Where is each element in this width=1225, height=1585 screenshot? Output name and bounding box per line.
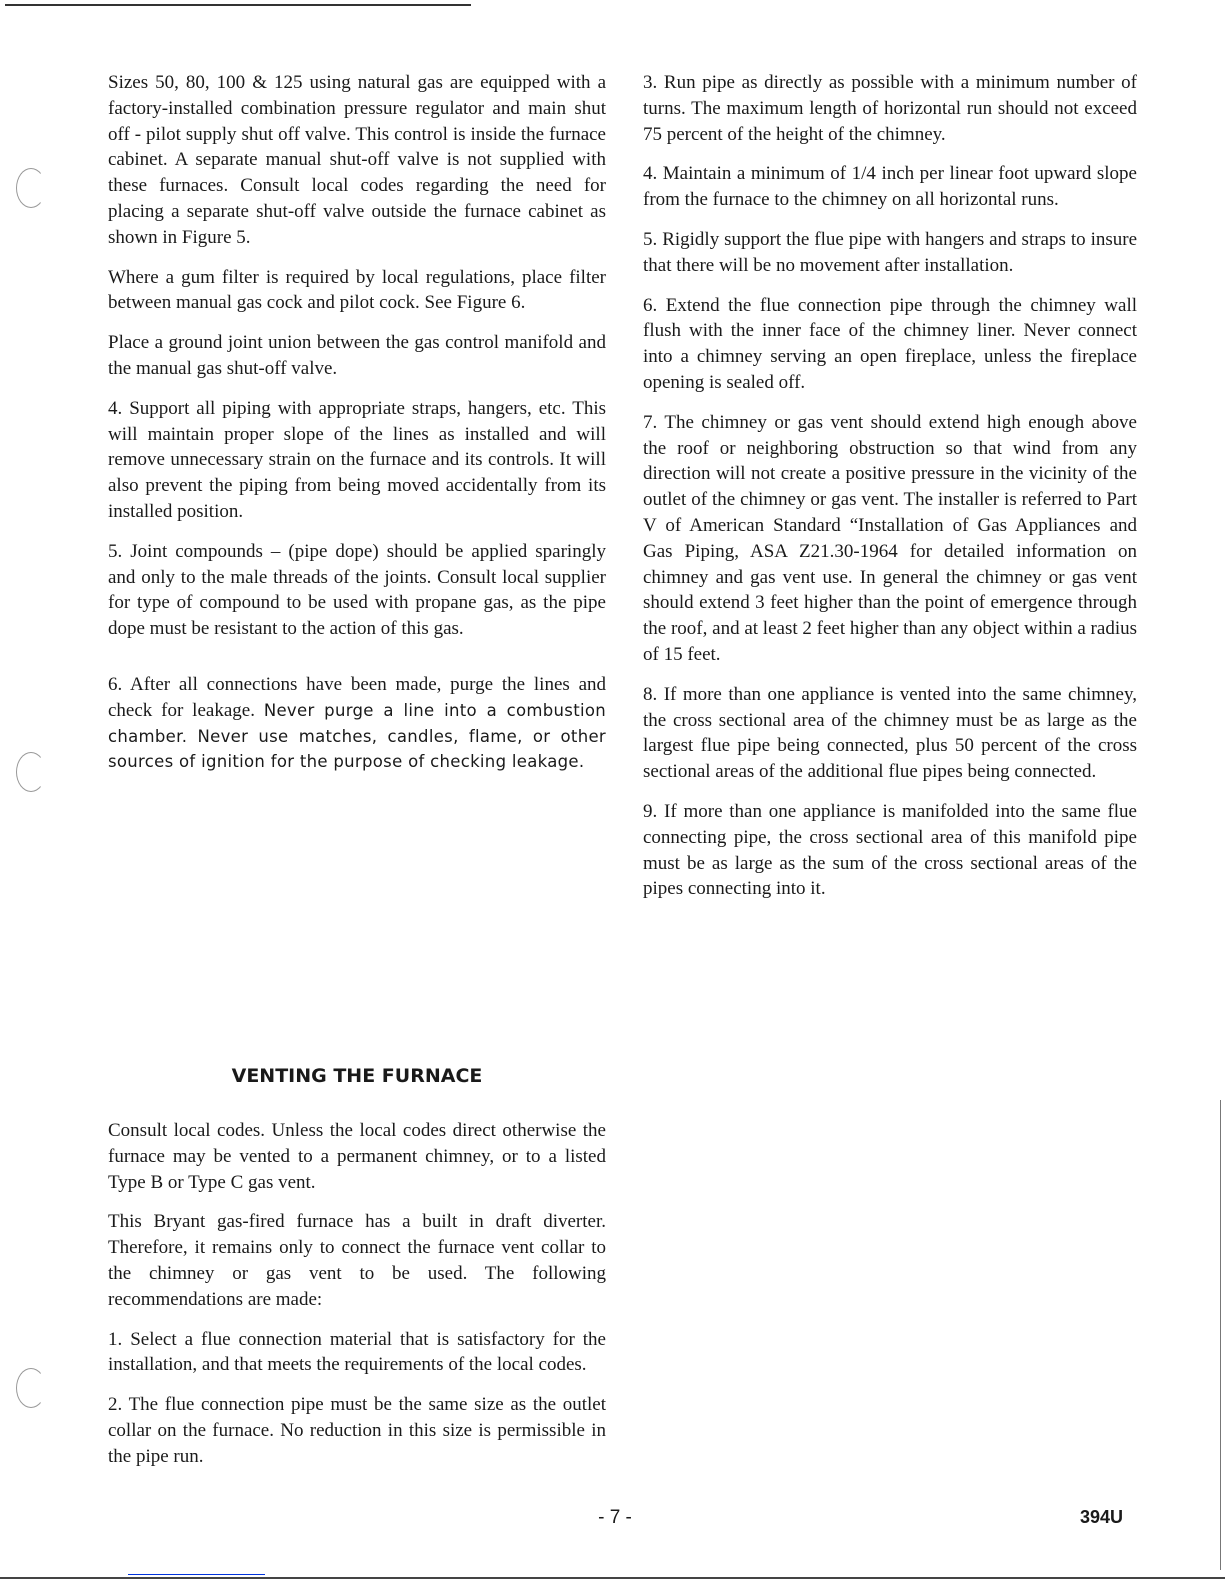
top-rule — [5, 4, 471, 6]
item-extend-flue: 6. Extend the flue connection pipe throu… — [643, 293, 1137, 396]
page-number: - 7 - — [590, 1507, 640, 1529]
punch-hole-middle — [16, 752, 46, 792]
item-chimney-height: 7. The chimney or gas vent should extend… — [643, 410, 1137, 668]
item-joint-compounds: 5. Joint compounds – (pipe dope) should … — [108, 539, 606, 642]
item-purge-lines: 6. After all connections have been made,… — [108, 672, 606, 775]
paragraph-consult-codes: Consult local codes. Unless the local co… — [108, 1118, 606, 1195]
right-column: 3. Run pipe as directly as possible with… — [643, 70, 1137, 916]
item-support-piping: 4. Support all piping with appropriate s… — [108, 396, 606, 525]
item-slope: 4. Maintain a minimum of 1/4 inch per li… — [643, 161, 1137, 213]
item-multiple-appliances: 8. If more than one appliance is vented … — [643, 682, 1137, 785]
left-column: Sizes 50, 80, 100 & 125 using natural ga… — [108, 70, 606, 789]
section-heading-venting: VENTING THE FURNACE — [108, 1065, 606, 1087]
item-run-pipe: 3. Run pipe as directly as possible with… — [643, 70, 1137, 147]
punch-hole-top — [16, 168, 46, 208]
venting-column: Consult local codes. Unless the local co… — [108, 1118, 606, 1484]
paragraph-draft-diverter: This Bryant gas-fired furnace has a buil… — [108, 1209, 606, 1312]
paragraph-gum-filter: Where a gum filter is required by local … — [108, 265, 606, 317]
item-flue-material: 1. Select a flue connection material tha… — [108, 1327, 606, 1379]
paragraph-gas-control: Sizes 50, 80, 100 & 125 using natural ga… — [108, 70, 606, 251]
document-code: 394U — [1080, 1507, 1123, 1528]
punch-hole-bottom — [16, 1368, 46, 1408]
bottom-rule — [0, 1577, 1225, 1579]
item-manifolded: 9. If more than one appliance is manifol… — [643, 799, 1137, 902]
link-underline — [128, 1574, 265, 1575]
item-support-flue: 5. Rigidly support the flue pipe with ha… — [643, 227, 1137, 279]
scan-edge — [1220, 1100, 1221, 1570]
paragraph-ground-joint: Place a ground joint union between the g… — [108, 330, 606, 382]
item-flue-size: 2. The flue connection pipe must be the … — [108, 1392, 606, 1469]
